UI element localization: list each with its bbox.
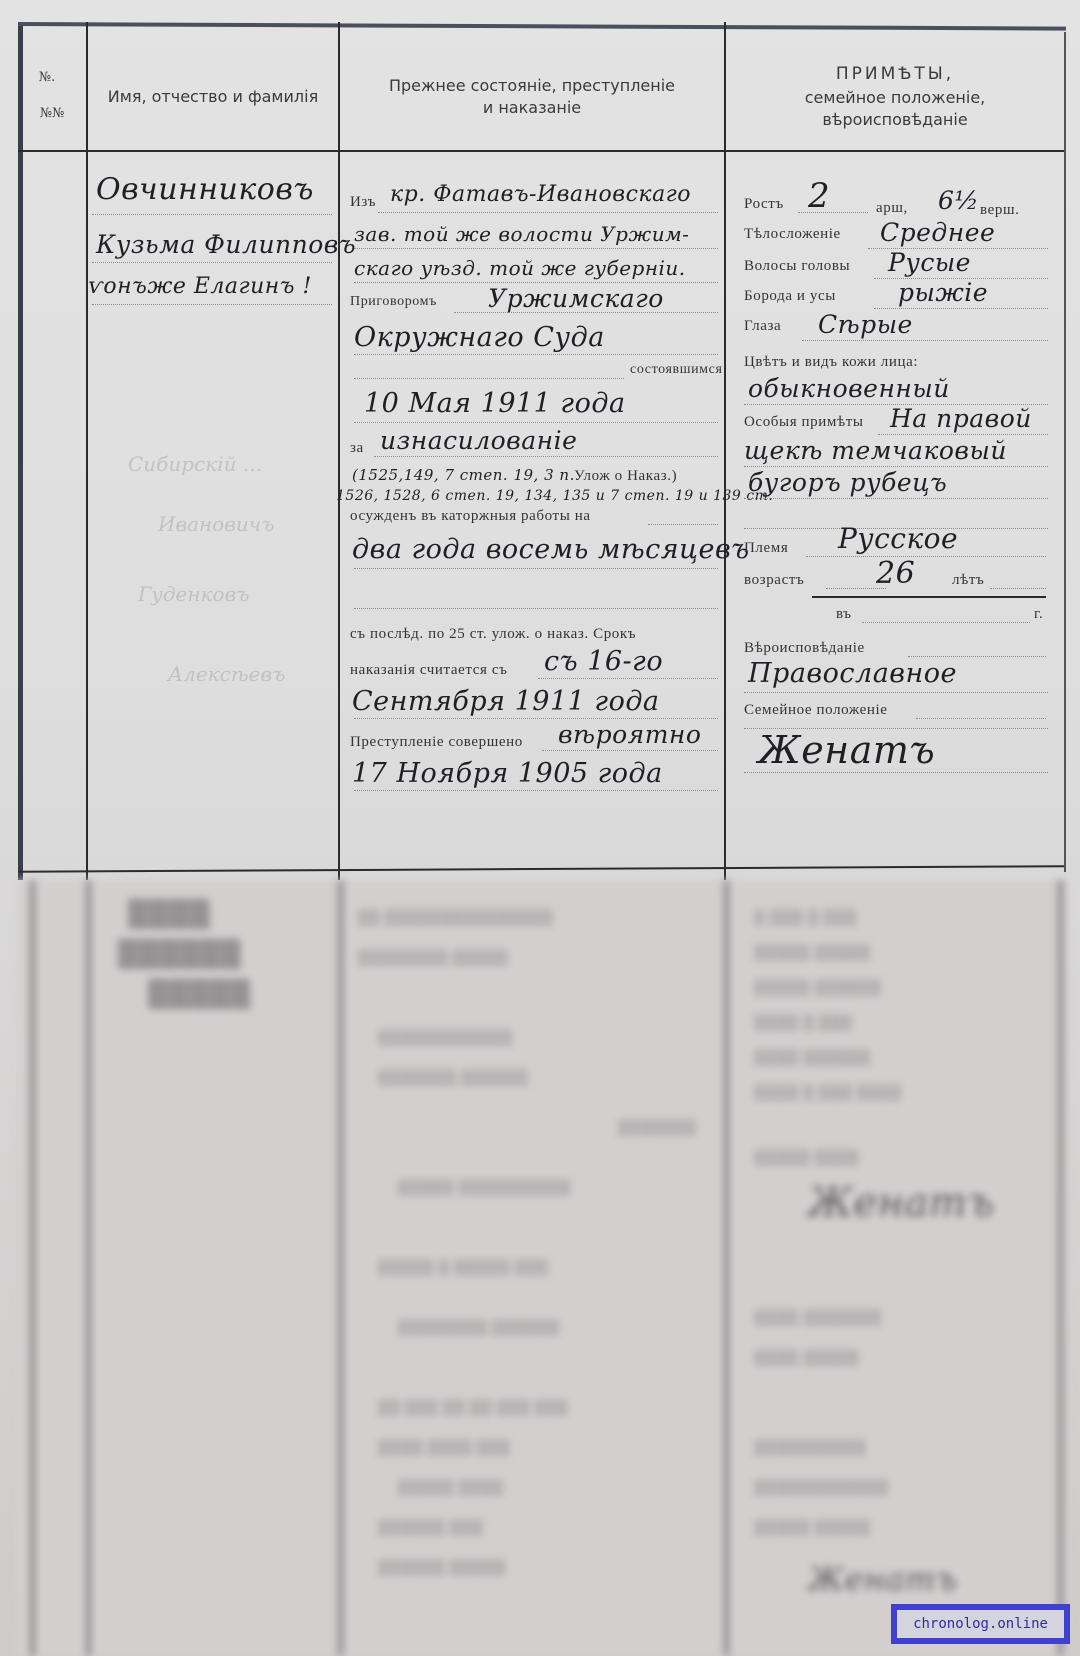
header-signs-title: ПРИМѢТЫ, <box>836 63 954 87</box>
header-signs-line2: семейное положеніе, <box>805 87 986 109</box>
dotted-line <box>354 354 718 355</box>
header-number-top: №. <box>39 69 55 87</box>
articles-handwritten: (1525,149, 7 степ. 19, 3 п. <box>352 466 575 484</box>
dotted-line <box>798 212 868 213</box>
header-previous: Прежнее состояніе, преступленіе и наказа… <box>340 32 724 162</box>
header-name: Имя, отчество и фамилія <box>88 32 338 162</box>
crime: изнасилованіе <box>380 426 577 455</box>
dotted-line <box>354 282 718 283</box>
origin-line2: зав. той же волости Уржим- <box>354 222 689 246</box>
age-underline <box>812 596 1046 598</box>
header-number: №. №№ <box>18 36 86 156</box>
special-marks-line1: На правой <box>890 404 1032 433</box>
origin-line1: кр. Фатавъ-Ивановскаго <box>390 182 691 207</box>
eyes-label: Глаза <box>744 318 781 335</box>
dotted-line <box>354 790 718 791</box>
sentenced-label: осужденъ въ каторжныя работы на <box>350 508 591 525</box>
column-divider <box>724 880 729 1656</box>
tribe-label: Племя <box>744 540 788 557</box>
header-name-label: Имя, отчество и фамилія <box>108 86 318 108</box>
beard-value: рыжіе <box>898 278 988 307</box>
dotted-line <box>538 678 718 679</box>
dotted-line <box>874 308 1048 309</box>
origin-line3: скаго уѣзд. той же губерніи. <box>354 256 686 280</box>
bleed-through-text: Гуденковъ <box>138 582 249 606</box>
vershok-label: верш. <box>980 202 1019 219</box>
court-name-line2: Окружнаго Суда <box>354 322 605 353</box>
religion-label: Вѣроисповѣданіе <box>744 640 865 657</box>
dotted-line <box>802 340 1048 341</box>
held-label: состоявшимся <box>630 362 722 378</box>
special-marks-line3: бугоръ рубецъ <box>748 468 947 497</box>
age-label: возрастъ <box>744 572 804 589</box>
verdict-date: 10 Мая 1911 года <box>364 388 626 419</box>
bleed-through-text: Ивановичъ <box>158 512 275 536</box>
law-reference: съ послѣд. по 25 ст. улож. о наказ. Срок… <box>350 626 636 643</box>
committed-label: Преступленіе совершено <box>350 734 523 751</box>
header-signs-line3: вѣроисповѣданіе <box>822 109 967 131</box>
build-value: Среднее <box>880 218 995 247</box>
form-right-border <box>1064 32 1066 872</box>
surname: Овчинниковъ <box>96 172 314 207</box>
form-top-border <box>18 22 1066 31</box>
dotted-line <box>990 588 1046 589</box>
column-divider <box>338 880 343 1656</box>
dotted-line <box>744 772 1048 773</box>
prisoner-record-form: №. №№ Имя, отчество и фамилія Прежнее со… <box>18 22 1066 880</box>
dotted-line <box>378 212 718 213</box>
header-signs: ПРИМѢТЫ, семейное положеніе, вѣроисповѣд… <box>726 32 1064 162</box>
bleed-through-text: Сибирскій ... <box>128 452 262 476</box>
dotted-line <box>648 524 718 525</box>
dotted-line <box>744 498 1048 499</box>
column-divider <box>86 880 91 1656</box>
dotted-line <box>354 248 718 249</box>
tribe-value: Русское <box>838 522 958 555</box>
blurred-record-section: ▒▒▒▒ ▒▒▒▒▒▒ ▒▒▒▒▒ ▒▒ ▒▒▒▒▒▒▒▒▒▒▒▒▒▒▒ ▒▒▒… <box>18 880 1068 1656</box>
special-marks-label: Особыя примѣты <box>744 414 864 431</box>
year-suffix: г. <box>1034 606 1043 623</box>
arshin-label: арш, <box>876 200 908 217</box>
hair-value: Русые <box>888 248 971 277</box>
dotted-line <box>92 304 332 305</box>
beard-label: Борода и усы <box>744 288 836 305</box>
blurred-family-status-2: Женатъ <box>808 1560 958 1598</box>
counted-from-label: наказанія считается съ <box>350 662 507 679</box>
family-status-value: Женатъ <box>758 728 935 772</box>
dotted-line <box>374 456 718 457</box>
in-label: въ <box>836 606 852 623</box>
eyes-value: Сѣрые <box>818 310 913 339</box>
dotted-line <box>916 718 1046 719</box>
height-vershoks: 6½ <box>938 186 979 215</box>
dotted-line <box>92 262 332 263</box>
counted-from-date: Сентября 1911 года <box>352 686 660 717</box>
dotted-line <box>908 656 1046 657</box>
bleed-through-text: Алексѣевъ <box>168 662 285 686</box>
column-divider <box>1058 880 1063 1656</box>
from-label: Изъ <box>350 194 376 211</box>
code-reference: Улож о Наказ.) <box>574 468 677 485</box>
sentence-term: два года восемь мѣсяцевъ <box>352 534 750 565</box>
dotted-line <box>454 312 718 313</box>
document-page: №. №№ Имя, отчество и фамилія Прежнее со… <box>0 0 1080 1656</box>
header-previous-line2: и наказаніе <box>483 97 581 119</box>
build-label: Тѣлосложеніе <box>744 226 841 243</box>
blurred-name: ▒▒▒▒ <box>128 900 210 930</box>
family-status-label: Семейное положеніе <box>744 702 888 719</box>
watermark: chronolog.online <box>891 1604 1070 1644</box>
dotted-line <box>354 568 718 569</box>
dotted-line <box>744 466 1048 467</box>
skin-label: Цвѣтъ и видъ кожи лица: <box>744 354 918 371</box>
dotted-line <box>878 434 1048 435</box>
for-label: за <box>350 440 364 457</box>
blurred-name: ▒▒▒▒▒ <box>148 980 250 1010</box>
dotted-line <box>354 422 718 423</box>
dotted-line <box>354 608 718 609</box>
height-label: Ростъ <box>744 196 784 213</box>
dotted-line <box>744 692 1048 693</box>
dotted-line <box>806 556 1046 557</box>
hair-label: Волосы головы <box>744 258 850 275</box>
height-arshins: 2 <box>808 176 830 216</box>
religion-value: Православное <box>748 658 957 689</box>
special-marks-line2: щекѣ темчаковый <box>744 436 1007 465</box>
watermark-text: chronolog.online <box>897 1610 1064 1638</box>
dotted-line <box>862 622 1030 623</box>
committed-date: 17 Ноября 1905 года <box>352 758 663 789</box>
given-name: Кузьма Филипповъ <box>96 230 356 259</box>
blurred-family-status: Женатъ <box>808 1180 994 1226</box>
committed-qualifier: вѣроятно <box>558 720 701 749</box>
age-value: 26 <box>876 556 915 591</box>
court-name: Уржимскаго <box>488 284 664 313</box>
years-label: лѣтъ <box>952 572 984 589</box>
dotted-line <box>354 378 624 379</box>
dotted-line <box>354 718 718 719</box>
skin-value: обыкновенный <box>748 374 950 403</box>
header-previous-line1: Прежнее состояніе, преступленіе <box>389 75 675 97</box>
dotted-line <box>542 750 718 751</box>
column-divider <box>30 880 35 1656</box>
dotted-line <box>92 214 332 215</box>
blurred-name: ▒▒▒▒▒▒ <box>118 940 241 970</box>
verdict-label: Приговоромъ <box>350 294 437 310</box>
alias: ѵонъже Елагинъ ! <box>88 274 312 299</box>
articles-handwritten-line2: 1526, 1528, 6 степ. 19, 134, 135 и 7 сте… <box>336 488 773 504</box>
counted-from-day: съ 16-го <box>544 646 663 677</box>
form-bottom-border <box>18 865 1064 872</box>
header-number-bottom: №№ <box>40 105 65 123</box>
